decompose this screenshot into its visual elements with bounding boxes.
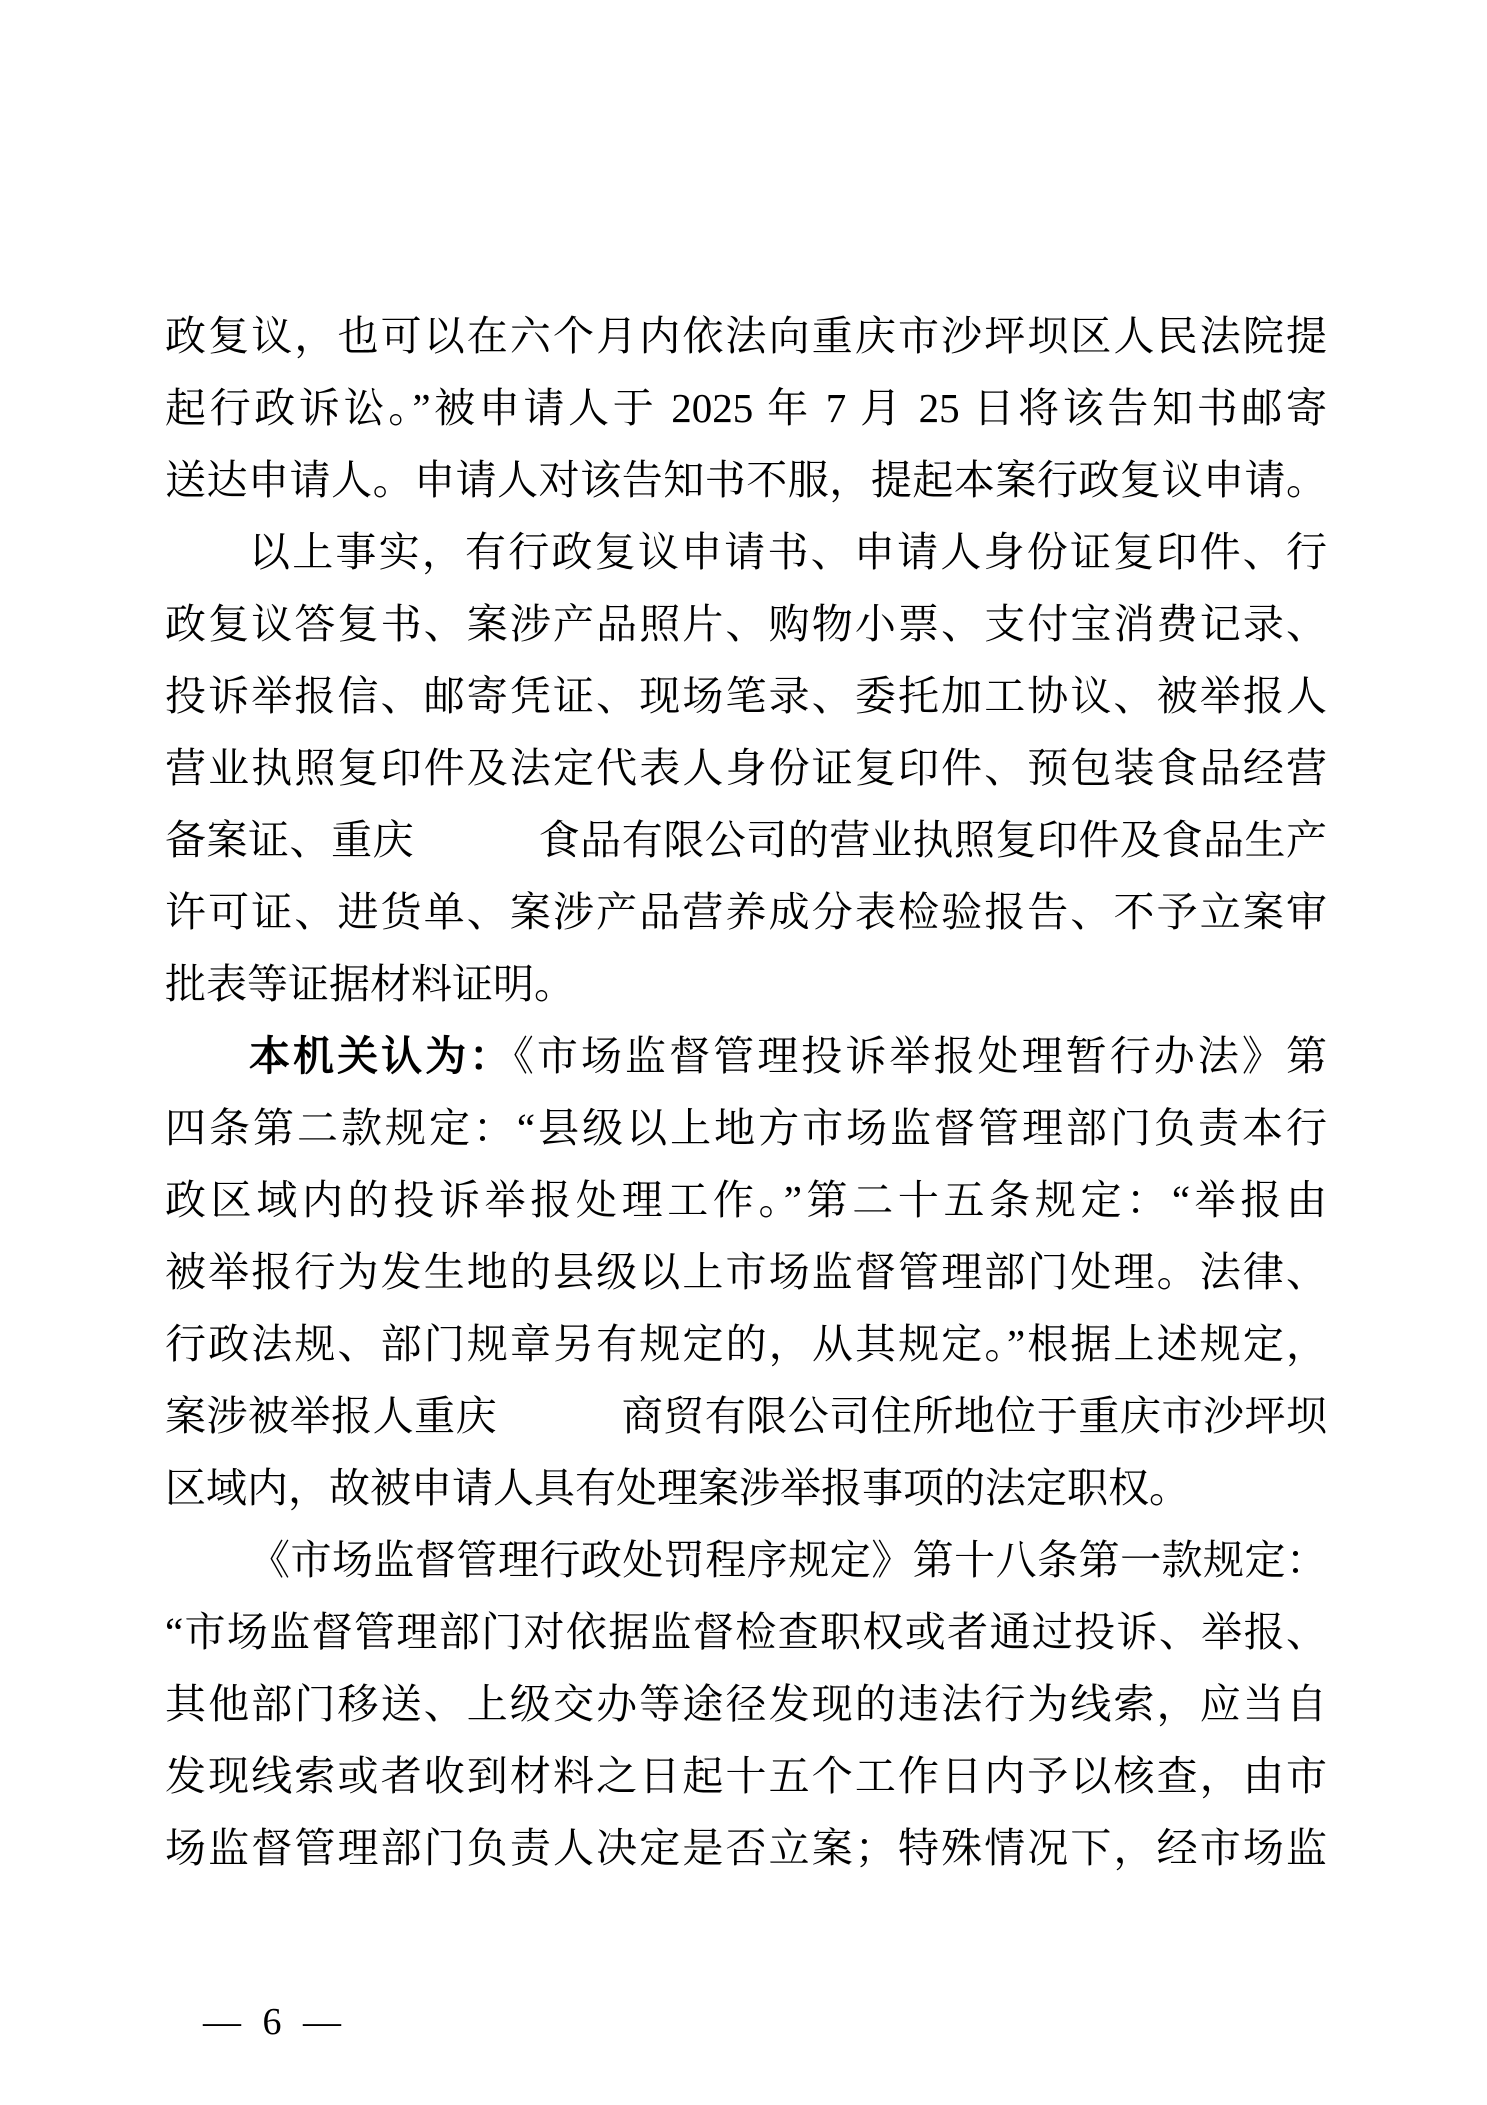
paragraph: 政复议，也可以在六个月内依法向重庆市沙坪坝区人民法院提 起行政诉讼。”被申请人于…: [165, 300, 1327, 516]
text-line: 政复议答复书、案涉产品照片、购物小票、支付宝消费记录、: [165, 588, 1327, 660]
text-line: 投诉举报信、邮寄凭证、现场笔录、委托加工协议、被举报人: [165, 660, 1327, 732]
text-line: 许可证、进货单、案涉产品营养成分表检验报告、不予立案审: [165, 876, 1327, 948]
text-line: 本机关认为：《市场监督管理投诉举报处理暂行办法》第: [165, 1020, 1327, 1092]
text-line: 四条第二款规定：“县级以上地方市场监督管理部门负责本行: [165, 1092, 1327, 1164]
text-line: 备案证、重庆 食品有限公司的营业执照复印件及食品生产: [165, 804, 1327, 876]
paragraph: 《市场监督管理行政处罚程序规定》第十八条第一款规定： “市场监督管理部门对依据监…: [165, 1524, 1327, 1884]
bold-lead: 本机关认为：: [249, 1033, 513, 1079]
text-line: 以上事实，有行政复议申请书、申请人身份证复印件、行: [165, 516, 1327, 588]
text-line: 场监督管理部门负责人决定是否立案；特殊情况下，经市场监: [165, 1812, 1327, 1884]
text-span: 《市场监督管理投诉举报处理暂行办法》第: [513, 1033, 1327, 1079]
text-line: 政区域内的投诉举报处理工作。”第二十五条规定：“举报由: [165, 1164, 1327, 1236]
page-number-footer: — 6 —: [203, 1998, 347, 2046]
paragraph: 以上事实，有行政复议申请书、申请人身份证复印件、行 政复议答复书、案涉产品照片、…: [165, 516, 1327, 1020]
document-page: 政复议，也可以在六个月内依法向重庆市沙坪坝区人民法院提 起行政诉讼。”被申请人于…: [0, 0, 1487, 2105]
text-line: 《市场监督管理行政处罚程序规定》第十八条第一款规定：: [165, 1524, 1327, 1596]
text-line: 其他部门移送、上级交办等途径发现的违法行为线索，应当自: [165, 1668, 1327, 1740]
text-line: “市场监督管理部门对依据监督检查职权或者通过投诉、举报、: [165, 1596, 1327, 1668]
text-line: 区域内，故被申请人具有处理案涉举报事项的法定职权。: [165, 1452, 1327, 1524]
paragraph: 本机关认为：《市场监督管理投诉举报处理暂行办法》第 四条第二款规定：“县级以上地…: [165, 1020, 1327, 1524]
document-body: 政复议，也可以在六个月内依法向重庆市沙坪坝区人民法院提 起行政诉讼。”被申请人于…: [165, 300, 1327, 1884]
text-line: 政复议，也可以在六个月内依法向重庆市沙坪坝区人民法院提: [165, 300, 1327, 372]
text-line: 发现线索或者收到材料之日起十五个工作日内予以核查，由市: [165, 1740, 1327, 1812]
text-line: 被举报行为发生地的县级以上市场监督管理部门处理。法律、: [165, 1236, 1327, 1308]
text-line: 起行政诉讼。”被申请人于 2025 年 7 月 25 日将该告知书邮寄: [165, 372, 1327, 444]
text-line: 送达申请人。申请人对该告知书不服，提起本案行政复议申请。: [165, 444, 1327, 516]
text-line: 案涉被举报人重庆 商贸有限公司住所地位于重庆市沙坪坝: [165, 1380, 1327, 1452]
text-line: 营业执照复印件及法定代表人身份证复印件、预包装食品经营: [165, 732, 1327, 804]
text-line: 行政法规、部门规章另有规定的，从其规定。”根据上述规定，: [165, 1308, 1327, 1380]
text-line: 批表等证据材料证明。: [165, 948, 1327, 1020]
